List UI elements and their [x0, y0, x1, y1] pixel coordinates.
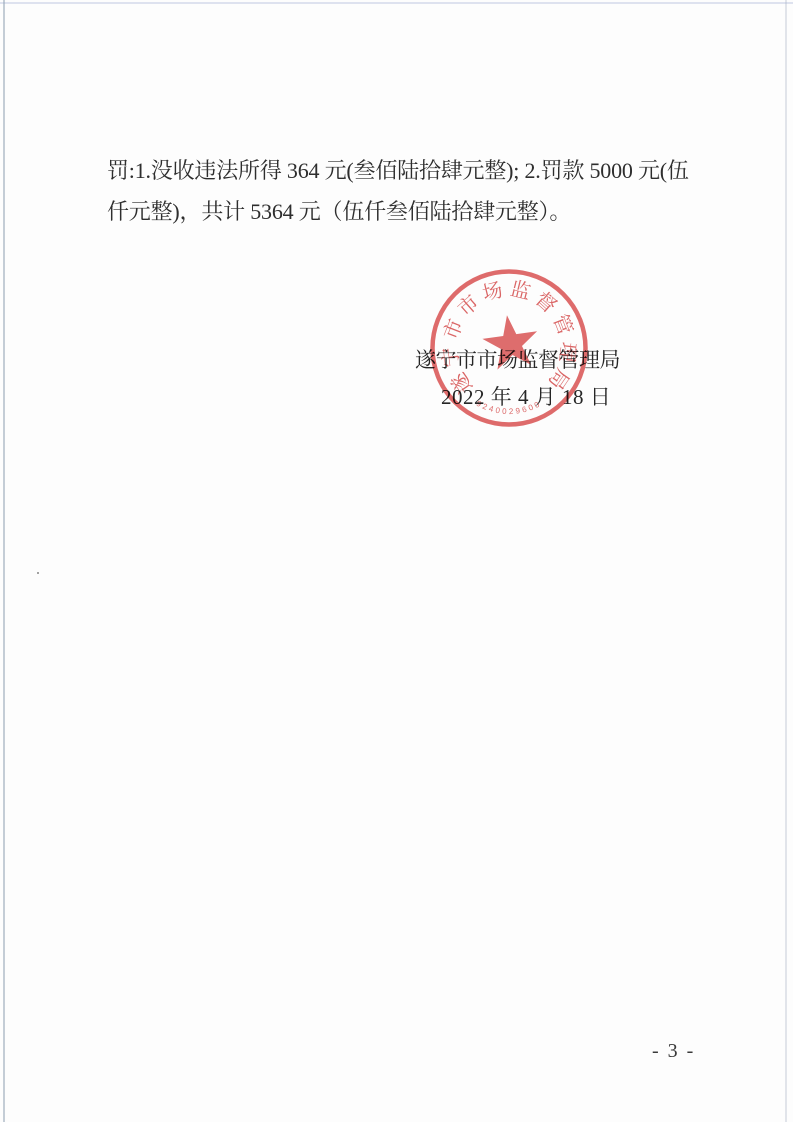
penalty-paragraph-line-2: 仟元整)，共计 5364 元（伍仟叁佰陆拾肆元整）。: [107, 191, 707, 232]
scanned-document-page: 罚:1.没收违法所得 364 元(叁佰陆拾肆元整); 2.罚款 5000 元(伍…: [0, 0, 793, 1122]
penalty-paragraph-line-1: 罚:1.没收违法所得 364 元(叁佰陆拾肆元整); 2.罚款 5000 元(伍: [107, 150, 707, 191]
scan-edge-right: [785, 0, 787, 1122]
scan-edge-left: [3, 0, 5, 1122]
star-icon: [480, 311, 542, 371]
penalty-paragraph: 罚:1.没收违法所得 364 元(叁佰陆拾肆元整); 2.罚款 5000 元(伍…: [107, 150, 707, 232]
scan-speck: [37, 572, 39, 574]
official-seal: 遂宁市市场监督管理局 9240029600: [419, 258, 599, 438]
seal-code: 9240029600: [475, 399, 543, 416]
scan-edge-top: [0, 2, 793, 4]
page-number: - 3 -: [652, 1040, 695, 1063]
